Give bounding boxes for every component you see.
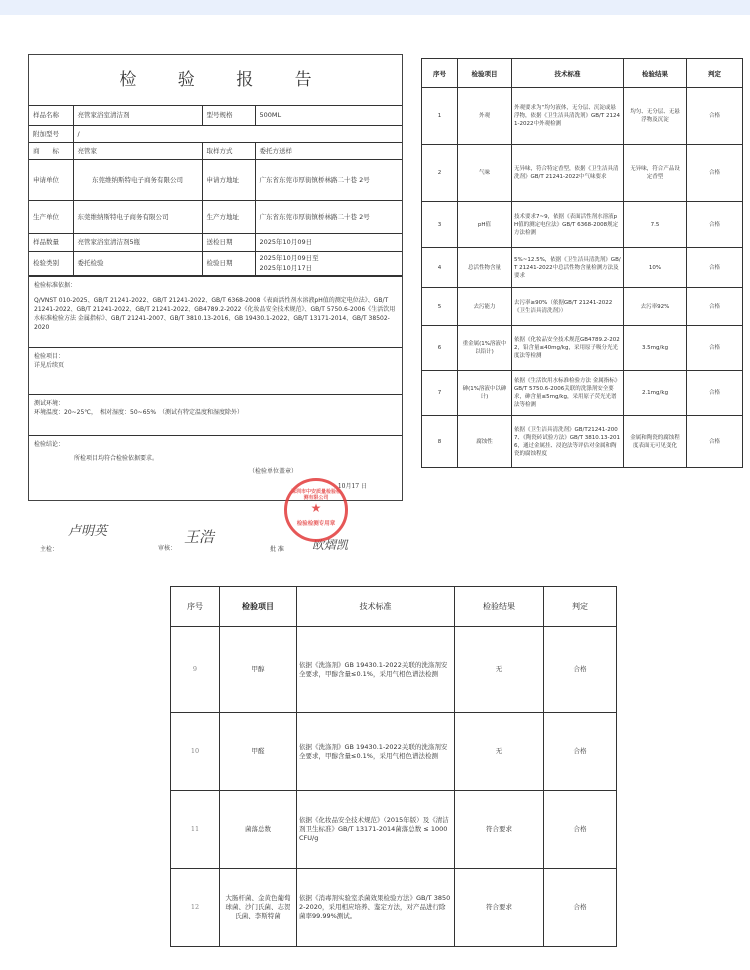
- cell-seq: 11: [171, 791, 220, 869]
- cell-standard: 依据《洗涤剂》GB 19430.1-2022关联的洗涤剂安全要求，甲醇含量≤0.…: [297, 713, 455, 791]
- standards-label: 检验标准依据：: [34, 281, 397, 290]
- value-test-date: 2025年10月09日至 2025年10月17日: [255, 251, 402, 275]
- cell-verdict: 合格: [544, 869, 617, 947]
- cell-item: 总活性物含量: [458, 248, 512, 288]
- table-row: 7砷(1%溶液中以砷计)依据《生活饮用水标准检验方法 金属指标》GB/T 575…: [422, 371, 743, 416]
- cell-result: 7.5: [624, 202, 687, 248]
- cell-verdict: 合格: [687, 416, 743, 468]
- environment-section: 测试环境： 环境温度：20~25℃， 相对湿度：50~65% （测试有特定温度和…: [29, 394, 402, 435]
- label-trademark: 商 标: [29, 142, 73, 159]
- cell-item: 砷(1%溶液中以砷计): [458, 371, 512, 416]
- conclusion-section: 检验结论： 所检项目均符合检验依据要求。 （检验单位盖章） 10月17 日: [29, 435, 402, 500]
- cell-verdict: 合格: [687, 371, 743, 416]
- cell-result: 无: [455, 627, 544, 713]
- seal-star-icon: ★: [287, 501, 345, 515]
- label-model: 型号规格: [202, 106, 255, 125]
- value-trademark: 亮管家: [73, 142, 202, 159]
- cell-verdict: 合格: [687, 288, 743, 326]
- value-submit-date: 2025年10月09日: [255, 233, 402, 251]
- cell-seq: 9: [171, 627, 220, 713]
- items-label: 检验项目：: [34, 352, 397, 361]
- cell-seq: 10: [171, 713, 220, 791]
- standards-section: 检验标准依据： Q/VNST 010-2025、GB/T 21241-2022、…: [29, 276, 402, 347]
- items-text: 详见后续页: [34, 361, 397, 370]
- reviewer-label: 审核：: [158, 543, 176, 552]
- cell-standard: 依据《卫生洁具清洗剂》GB/T21241-2007、《陶瓷砖试验方法》GB/T …: [512, 416, 624, 468]
- cell-seq: 12: [171, 869, 220, 947]
- cell-item: 菌落总数: [220, 791, 297, 869]
- label-test-date: 检验日期: [202, 251, 255, 275]
- environment-text: 环境温度：20~25℃， 相对湿度：50~65% （测试有特定温度和湿度除外）: [34, 408, 397, 417]
- cell-verdict: 合格: [544, 713, 617, 791]
- label-producer-address: 生产方地址: [202, 200, 255, 233]
- cell-seq: 6: [422, 326, 458, 371]
- value-sample-name: 亮管家浴室清洁剂: [73, 106, 202, 125]
- cell-result: 符合要求: [455, 791, 544, 869]
- standards-text: Q/VNST 010-2025、GB/T 21241-2022、GB/T 212…: [34, 296, 397, 332]
- cell-standard: 依据《化妆品安全技术规范》（2015年版）及《清洁剂卫生标准》GB/T 1317…: [297, 791, 455, 869]
- table-header-row: 序号 检验项目 技术标准 检验结果 判定: [171, 587, 617, 627]
- cell-seq: 1: [422, 88, 458, 145]
- conclusion-text: 所检项目均符合检验依据要求。: [34, 454, 397, 463]
- value-applicant-address: 广东省东莞市厚街镇桥林路二十巷 2号: [255, 159, 402, 200]
- cell-standard: 去污率≥90%（依据GB/T 21241-2022《卫生洁具清洗剂》）: [512, 288, 624, 326]
- cell-standard: 无异味，符合特定香型，依据《卫生洁具清洗剂》GB/T 21241-2022中气味…: [512, 145, 624, 202]
- cell-standard: 依据《洗涤剂》GB 19430.1-2022关联的洗涤剂安全要求，甲醇含量≤0.…: [297, 627, 455, 713]
- value-quantity: 亮管家浴室清洁剂5瓶: [73, 233, 202, 251]
- table-row: 6重金属(1%溶液中以铅计)依据《化妆品安全技术规范GB4789.2-2022，…: [422, 326, 743, 371]
- table-header-row: 序号 检验项目 技术标准 检验结果 判定: [422, 59, 743, 88]
- label-category: 检验类别: [29, 251, 73, 275]
- cell-item: 甲醛: [220, 713, 297, 791]
- test-items-table-page3: 序号 检验项目 技术标准 检验结果 判定 9甲醇依据《洗涤剂》GB 19430.…: [170, 586, 617, 947]
- label-applicant: 申请单位: [29, 159, 73, 200]
- value-sampling: 委托方送样: [255, 142, 402, 159]
- value-applicant: 东莞维纳斯特电子商务有限公司: [73, 159, 202, 200]
- table-row: 2气味无异味，符合特定香型，依据《卫生洁具清洗剂》GB/T 21241-2022…: [422, 145, 743, 202]
- table-row: 1外观外观要求为“均匀液体，无分层、沉淀或悬浮物，依据《卫生洁具清洗剂》GB/T…: [422, 88, 743, 145]
- header-seq: 序号: [171, 587, 220, 627]
- test-date-end: 2025年10月17日: [260, 263, 399, 273]
- cell-item: 大肠杆菌、金黄色葡萄球菌、沙门氏菌、志贺氏菌、李斯特菌: [220, 869, 297, 947]
- test-items-table-page2: 序号 检验项目 技术标准 检验结果 判定 1外观外观要求为“均匀液体，无分层、沉…: [421, 58, 743, 468]
- header-result: 检验结果: [455, 587, 544, 627]
- cell-result: 无异味，符合产品设定香型: [624, 145, 687, 202]
- cell-verdict: 合格: [544, 791, 617, 869]
- label-producer: 生产单位: [29, 200, 73, 233]
- cell-standard: 依据《化妆品安全技术规范GB4789.2-2022，铅含量≤40mg/kg，采用…: [512, 326, 624, 371]
- cell-result: 符合要求: [455, 869, 544, 947]
- report-info-table: 样品名称 亮管家浴室清洁剂 型号规格 500ML 附加型号 / 商 标 亮管家 …: [29, 106, 402, 276]
- value-extra-model: /: [73, 125, 402, 142]
- header-verdict: 判定: [687, 59, 743, 88]
- table-row: 4总活性物含量5%~12.5%，依据《卫生洁具清洗剂》GB/T 21241-20…: [422, 248, 743, 288]
- cell-standard: 依据《消毒剂实验室杀菌效果检验方法》GB/T 38502-2020，采用相应培养…: [297, 869, 455, 947]
- value-producer-address: 广东省东莞市厚街镇桥林路二十巷 2号: [255, 200, 402, 233]
- table-row: 3pH值技术要求7~9，依据《表面活性剂水溶液pH值的测定电位法》GB/T 63…: [422, 202, 743, 248]
- header-standard: 技术标准: [297, 587, 455, 627]
- report-page: 检 验 报 告 样品名称 亮管家浴室清洁剂 型号规格 500ML 附加型号 / …: [28, 54, 403, 501]
- cell-verdict: 合格: [687, 145, 743, 202]
- reviewer-signature: 王浩: [184, 526, 214, 547]
- cell-verdict: 合格: [687, 326, 743, 371]
- cell-seq: 4: [422, 248, 458, 288]
- cell-verdict: 合格: [687, 248, 743, 288]
- cell-result: 2.1mg/kg: [624, 371, 687, 416]
- seal-ring-text: 深圳市中安质量检验检测有限公司: [291, 489, 341, 501]
- cell-verdict: 合格: [544, 627, 617, 713]
- header-seq: 序号: [422, 59, 458, 88]
- top-bar: [0, 0, 750, 15]
- cell-item: 重金属(1%溶液中以铅计): [458, 326, 512, 371]
- chief-inspector-label: 主检：: [40, 544, 58, 553]
- header-item: 检验项目: [458, 59, 512, 88]
- table-row: 10甲醛依据《洗涤剂》GB 19430.1-2022关联的洗涤剂安全要求，甲醇含…: [171, 713, 617, 791]
- label-extra-model: 附加型号: [29, 125, 73, 142]
- cell-verdict: 合格: [687, 202, 743, 248]
- header-verdict: 判定: [544, 587, 617, 627]
- header-result: 检验结果: [624, 59, 687, 88]
- table-row: 12大肠杆菌、金黄色葡萄球菌、沙门氏菌、志贺氏菌、李斯特菌依据《消毒剂实验室杀菌…: [171, 869, 617, 947]
- value-model: 500ML: [255, 106, 402, 125]
- cell-standard: 外观要求为“均匀液体，无分层、沉淀或悬浮物，依据《卫生洁具清洗剂》GB/T 21…: [512, 88, 624, 145]
- cell-verdict: 合格: [687, 88, 743, 145]
- label-sampling: 取样方式: [202, 142, 255, 159]
- table-row: 8腐蚀性依据《卫生洁具清洗剂》GB/T21241-2007、《陶瓷砖试验方法》G…: [422, 416, 743, 468]
- header-item: 检验项目: [220, 587, 297, 627]
- table-row: 11菌落总数依据《化妆品安全技术规范》（2015年版）及《清洁剂卫生标准》GB/…: [171, 791, 617, 869]
- cell-seq: 8: [422, 416, 458, 468]
- environment-label: 测试环境：: [34, 399, 397, 408]
- table-row: 5去污能力去污率≥90%（依据GB/T 21241-2022《卫生洁具清洗剂》）…: [422, 288, 743, 326]
- cell-seq: 2: [422, 145, 458, 202]
- cell-seq: 3: [422, 202, 458, 248]
- label-sample-name: 样品名称: [29, 106, 73, 125]
- cell-standard: 5%~12.5%，依据《卫生洁具清洗剂》GB/T 21241-2022中总活性物…: [512, 248, 624, 288]
- cell-item: 甲醇: [220, 627, 297, 713]
- cell-standard: 依据《生活饮用水标准检验方法 金属指标》GB/T 5750.6-2006关联的洗…: [512, 371, 624, 416]
- label-submit-date: 送检日期: [202, 233, 255, 251]
- label-applicant-address: 申请方地址: [202, 159, 255, 200]
- test-date-start: 2025年10月09日至: [260, 253, 399, 263]
- cell-item: pH值: [458, 202, 512, 248]
- value-category: 委托检验: [73, 251, 202, 275]
- label-quantity: 样品数量: [29, 233, 73, 251]
- seal-note: （检验单位盖章）: [34, 467, 397, 476]
- seal-sub-text: 检验检测专用章: [287, 519, 345, 527]
- conclusion-label: 检验结论：: [34, 440, 397, 449]
- cell-result: 3.5mg/kg: [624, 326, 687, 371]
- cell-result: 金属和陶瓷的腐蚀程度表面无可见变化: [624, 416, 687, 468]
- cell-result: 均匀、无分层、无悬浮物及沉淀: [624, 88, 687, 145]
- cell-seq: 7: [422, 371, 458, 416]
- official-seal: 深圳市中安质量检验检测有限公司 ★ 检验检测专用章: [284, 478, 348, 542]
- cell-standard: 技术要求7~9，依据《表面活性剂水溶液pH值的测定电位法》GB/T 6368-2…: [512, 202, 624, 248]
- cell-item: 去污能力: [458, 288, 512, 326]
- value-producer: 东莞维纳斯特电子商务有限公司: [73, 200, 202, 233]
- report-date: 10月17 日: [34, 482, 397, 491]
- cell-result: 去污率92%: [624, 288, 687, 326]
- chief-inspector-signature: 卢明英: [68, 520, 107, 539]
- items-section: 检验项目： 详见后续页: [29, 347, 402, 394]
- cell-item: 气味: [458, 145, 512, 202]
- cell-item: 腐蚀性: [458, 416, 512, 468]
- table-row: 9甲醇依据《洗涤剂》GB 19430.1-2022关联的洗涤剂安全要求，甲醇含量…: [171, 627, 617, 713]
- cell-result: 10%: [624, 248, 687, 288]
- cell-seq: 5: [422, 288, 458, 326]
- approver-label: 批 准: [270, 544, 284, 553]
- cell-item: 外观: [458, 88, 512, 145]
- header-standard: 技术标准: [512, 59, 624, 88]
- report-title: 检 验 报 告: [29, 55, 402, 106]
- cell-result: 无: [455, 713, 544, 791]
